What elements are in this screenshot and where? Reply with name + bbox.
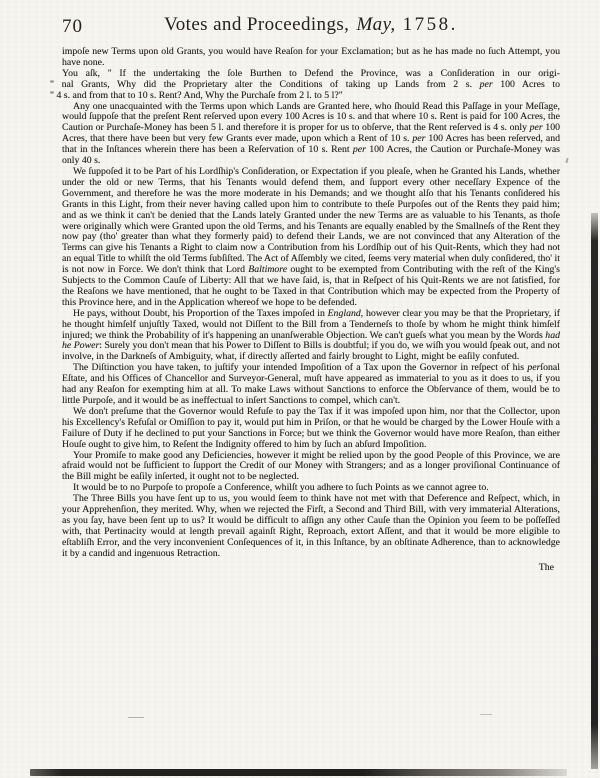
running-header-title-main: Votes and Proceedings,: [164, 14, 349, 35]
scan-speck: [128, 717, 144, 718]
document-paragraph: impoſe new Terms upon old Grants, you wo…: [62, 47, 560, 69]
running-header-title: Votes and Proceedings, May, 1758.: [62, 14, 560, 36]
document-paragraph: He pays, without Doubt, his Proportion o…: [62, 309, 560, 364]
catchword: The: [62, 563, 560, 574]
document-paragraph: Your Promiſe to make good any Deficienci…: [62, 451, 560, 484]
document-paragraph: The Diſtinction you have taken, to juſti…: [62, 363, 560, 407]
scan-speck: [565, 158, 568, 163]
document-paragraph: Any one unacquainted with the Terms upon…: [62, 102, 560, 167]
document-paragraph: We don't preſume that the Governor would…: [62, 407, 560, 451]
scanned-document-page: 70 Votes and Proceedings, May, 1758. imp…: [0, 0, 600, 778]
running-header: 70 Votes and Proceedings, May, 1758.: [62, 12, 560, 44]
scan-artifact-right-gutter: [591, 213, 598, 769]
document-paragraph: The Three Bills you have ſent up to us, …: [62, 494, 560, 559]
running-header-month: May,: [354, 14, 397, 35]
scan-speck: [480, 714, 492, 715]
document-body-text: impoſe new Terms upon old Grants, you wo…: [62, 47, 560, 574]
quoted-question-line: " nal Grants, Why did the Proprietary al…: [62, 80, 560, 91]
scan-artifact-bottom-bar: [30, 769, 567, 776]
quoted-question-line: " 4 s. and from that to 10 s. Rent? And,…: [62, 91, 560, 102]
running-header-year: 1758.: [403, 14, 458, 35]
document-paragraph: We ſuppoſed it to be Part of his Lordſhi…: [62, 167, 560, 309]
